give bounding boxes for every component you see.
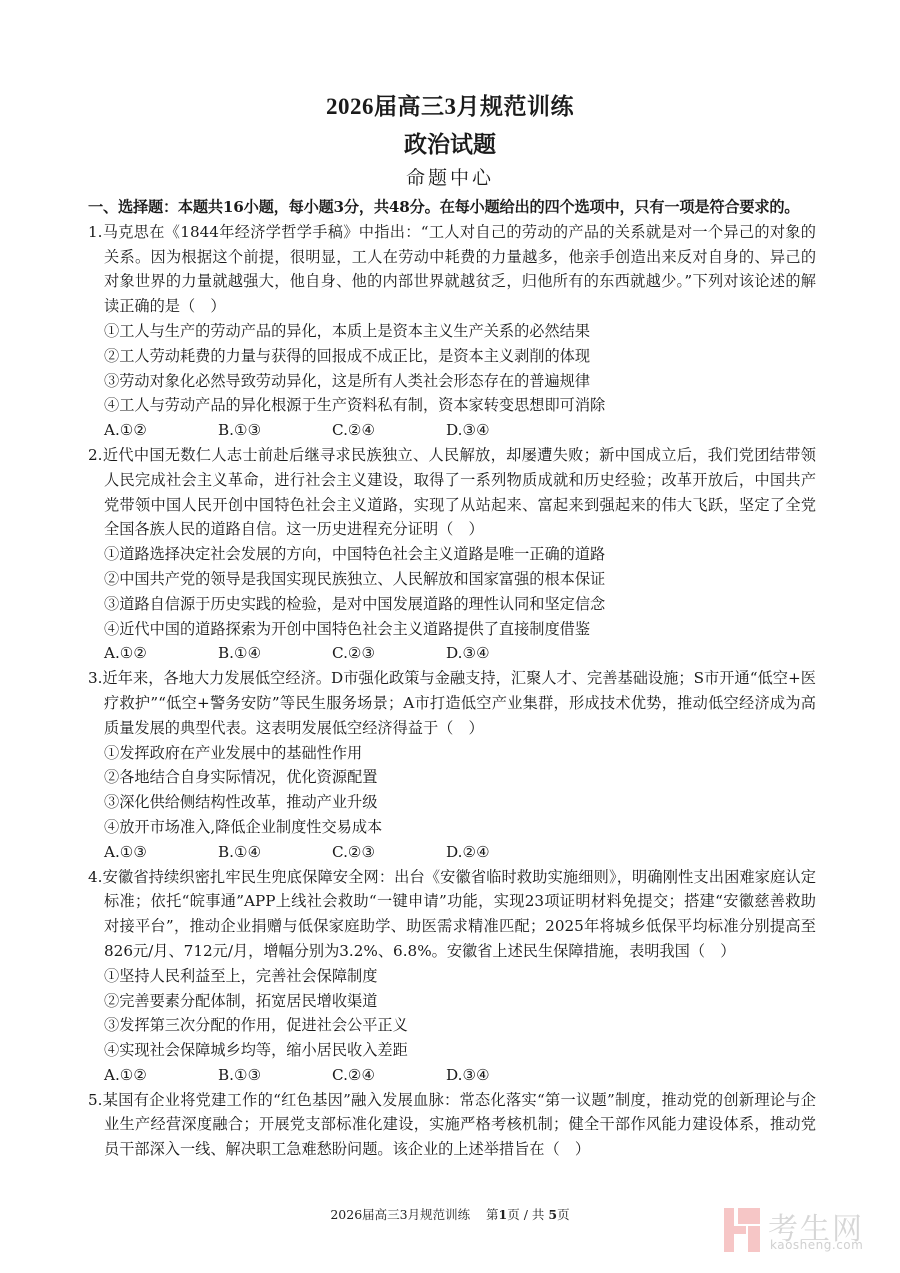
statement-option: ②完善要素分配体制，拓宽居民增收渠道 — [88, 989, 816, 1014]
choice-d: D.②④ — [446, 840, 560, 865]
question-4: 4.安徽省持续织密扎牢民生兜底保障安全网：出台《安徽省临时救助实施细则》，明确刚… — [88, 865, 816, 1088]
choice-c: C.②③ — [332, 641, 446, 666]
exam-title: 2026届高三3月规范训练 — [0, 88, 900, 121]
answer-choices: A.①② B.①④ C.②③ D.③④ — [88, 641, 816, 666]
choice-a: A.①③ — [104, 840, 218, 865]
question-2: 2.近代中国无数仁人志士前赴后继寻求民族独立、人民解放，却屡遭失败；新中国成立后… — [88, 443, 816, 666]
choice-a: A.①② — [104, 1063, 218, 1088]
choice-d: D.③④ — [446, 418, 560, 443]
choice-b: B.①④ — [218, 641, 332, 666]
statement-option: ②各地结合自身实际情况，优化资源配置 — [88, 765, 816, 790]
statement-option: ③深化供给侧结构性改革，推动产业升级 — [88, 790, 816, 815]
statement-option: ②工人劳动耗费的力量与获得的回报成不成正比，是资本主义剥削的体现 — [88, 344, 816, 369]
choice-b: B.①④ — [218, 840, 332, 865]
statement-option: ④放开市场准入,降低企业制度性交易成本 — [88, 815, 816, 840]
statement-option: ②中国共产党的领导是我国实现民族独立、人民解放和国家富强的根本保证 — [88, 567, 816, 592]
watermark: 考生网 kaosheng.com — [724, 1208, 894, 1258]
question-stem: 3.近年来，各地大力发展低空经济。D市强化政策与金融支持，汇聚人才、完善基础设施… — [88, 666, 816, 740]
section-heading: 一、选择题：本题共16小题，每小题3分，共48分。在每小题给出的四个选项中，只有… — [88, 195, 816, 220]
exam-page: 2026届高三3月规范训练 政治试题 命题中心 一、选择题：本题共16小题，每小… — [0, 0, 900, 1273]
answer-choices: A.①② B.①③ C.②④ D.③④ — [88, 418, 816, 443]
statement-option: ①道路选择决定社会发展的方向，中国特色社会主义道路是唯一正确的道路 — [88, 542, 816, 567]
statement-option: ①发挥政府在产业发展中的基础性作用 — [88, 741, 816, 766]
choice-c: C.②③ — [332, 840, 446, 865]
statement-option: ④实现社会保障城乡均等，缩小居民收入差距 — [88, 1038, 816, 1063]
page-number: 1 — [499, 1207, 508, 1222]
author-line: 命题中心 — [0, 163, 900, 190]
question-1: 1.马克思在《1844年经济学哲学手稿》中指出：“工人对自己的劳动的产品的关系就… — [88, 220, 816, 443]
choice-c: C.②④ — [332, 1063, 446, 1088]
question-stem: 2.近代中国无数仁人志士前赴后继寻求民族独立、人民解放，却屡遭失败；新中国成立后… — [88, 443, 816, 542]
question-3: 3.近年来，各地大力发展低空经济。D市强化政策与金融支持，汇聚人才、完善基础设施… — [88, 666, 816, 864]
statement-option: ③发挥第三次分配的作用，促进社会公平正义 — [88, 1013, 816, 1038]
questions-body: 一、选择题：本题共16小题，每小题3分，共48分。在每小题给出的四个选项中，只有… — [88, 195, 816, 1162]
subject-title: 政治试题 — [0, 126, 900, 159]
choice-c: C.②④ — [332, 418, 446, 443]
statement-option: ①坚持人民利益至上，完善社会保障制度 — [88, 964, 816, 989]
statement-option: ③道路自信源于历史实践的检验，是对中国发展道路的理性认同和坚定信念 — [88, 592, 816, 617]
statement-option: ④近代中国的道路探索为开创中国特色社会主义道路提供了直接制度借鉴 — [88, 617, 816, 642]
statement-option: ③劳动对象化必然导致劳动异化，这是所有人类社会形态存在的普遍规律 — [88, 369, 816, 394]
question-stem: 5.某国有企业将党建工作的“红色基因”融入发展血脉：常态化落实“第一议题”制度，… — [88, 1088, 816, 1162]
choice-d: D.③④ — [446, 641, 560, 666]
page-total: 5 — [548, 1207, 557, 1222]
answer-choices: A.①② B.①③ C.②④ D.③④ — [88, 1063, 816, 1088]
watermark-domain: kaosheng.com — [770, 1238, 863, 1252]
question-stem: 1.马克思在《1844年经济学哲学手稿》中指出：“工人对自己的劳动的产品的关系就… — [88, 220, 816, 319]
footer-exam-name: 2026届高三3月规范训练 — [330, 1207, 470, 1222]
choice-d: D.③④ — [446, 1063, 560, 1088]
kaosheng-logo-icon — [724, 1208, 760, 1252]
statement-option: ④工人与劳动产品的异化根源于生产资料私有制，资本家转变思想即可消除 — [88, 393, 816, 418]
question-stem: 4.安徽省持续织密扎牢民生兜底保障安全网：出台《安徽省临时救助实施细则》，明确刚… — [88, 865, 816, 964]
choice-b: B.①③ — [218, 418, 332, 443]
answer-choices: A.①③ B.①④ C.②③ D.②④ — [88, 840, 816, 865]
statement-option: ①工人与生产的劳动产品的异化，本质上是资本主义生产关系的必然结果 — [88, 319, 816, 344]
choice-a: A.①② — [104, 641, 218, 666]
question-5: 5.某国有企业将党建工作的“红色基因”融入发展血脉：常态化落实“第一议题”制度，… — [88, 1088, 816, 1162]
choice-b: B.①③ — [218, 1063, 332, 1088]
choice-a: A.①② — [104, 418, 218, 443]
